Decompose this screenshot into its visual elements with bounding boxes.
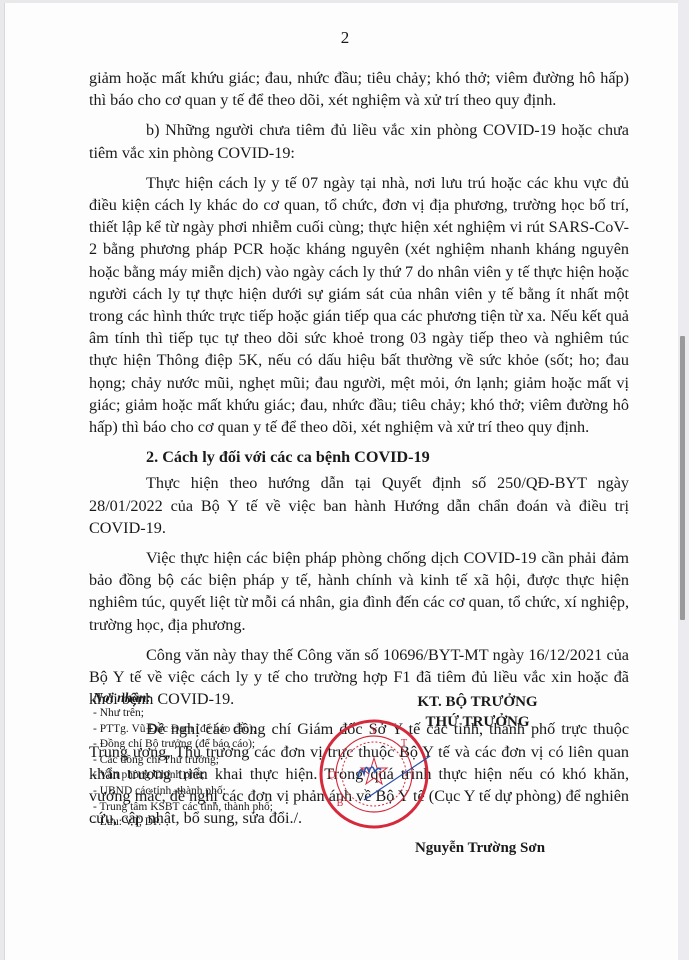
recipient-item: - PTTg. Vũ Đức Đam (để báo cáo); (93, 722, 273, 738)
paragraph: Thực hiện theo hướng dẫn tại Quyết định … (89, 472, 629, 539)
recipient-item: - Lưu: VT, DP. (93, 815, 273, 831)
paragraph: Việc thực hiện các biện pháp phòng chống… (89, 547, 629, 636)
page-number: 2 (5, 28, 685, 48)
recipient-item: - UBND các tỉnh, thành phố; (93, 784, 273, 800)
paragraph: Thực hiện cách ly y tế 07 ngày tại nhà, … (89, 172, 629, 438)
svg-text:B: B (337, 798, 344, 809)
recipient-item: - Trung tâm KSBT các tỉnh, thành phố; (93, 800, 273, 816)
paragraph-subsection-b: b) Những người chưa tiêm đủ liều vắc xin… (89, 119, 629, 163)
recipient-item: - Các đồng chí Thứ trưởng; (93, 753, 273, 769)
recipients-title: Nơi nhận: (93, 689, 273, 706)
svg-text:Ộ: Ộ (328, 769, 335, 781)
scrollbar-thumb[interactable] (680, 336, 685, 620)
svg-text:Y: Y (370, 726, 377, 737)
signer-name: Nguyễn Trường Sơn (395, 840, 565, 857)
official-stamp-icon: Y T Ộ B (318, 718, 430, 830)
recipient-item: - Văn phòng Chính phủ; (93, 768, 273, 784)
recipient-item: - Như trên; (93, 706, 273, 722)
signature-title-1: KT. BỘ TRƯỞNG (395, 692, 560, 712)
svg-text:T: T (401, 738, 407, 749)
recipients-list: Nơi nhận: - Như trên; - PTTg. Vũ Đức Đam… (93, 689, 273, 831)
paragraph: giảm hoặc mất khứu giác; đau, nhức đầu; … (89, 67, 629, 111)
recipient-item: - Đồng chí Bộ trưởng (để báo cáo); (93, 737, 273, 753)
section-heading: 2. Cách ly đối với các ca bệnh COVID-19 (89, 446, 629, 468)
